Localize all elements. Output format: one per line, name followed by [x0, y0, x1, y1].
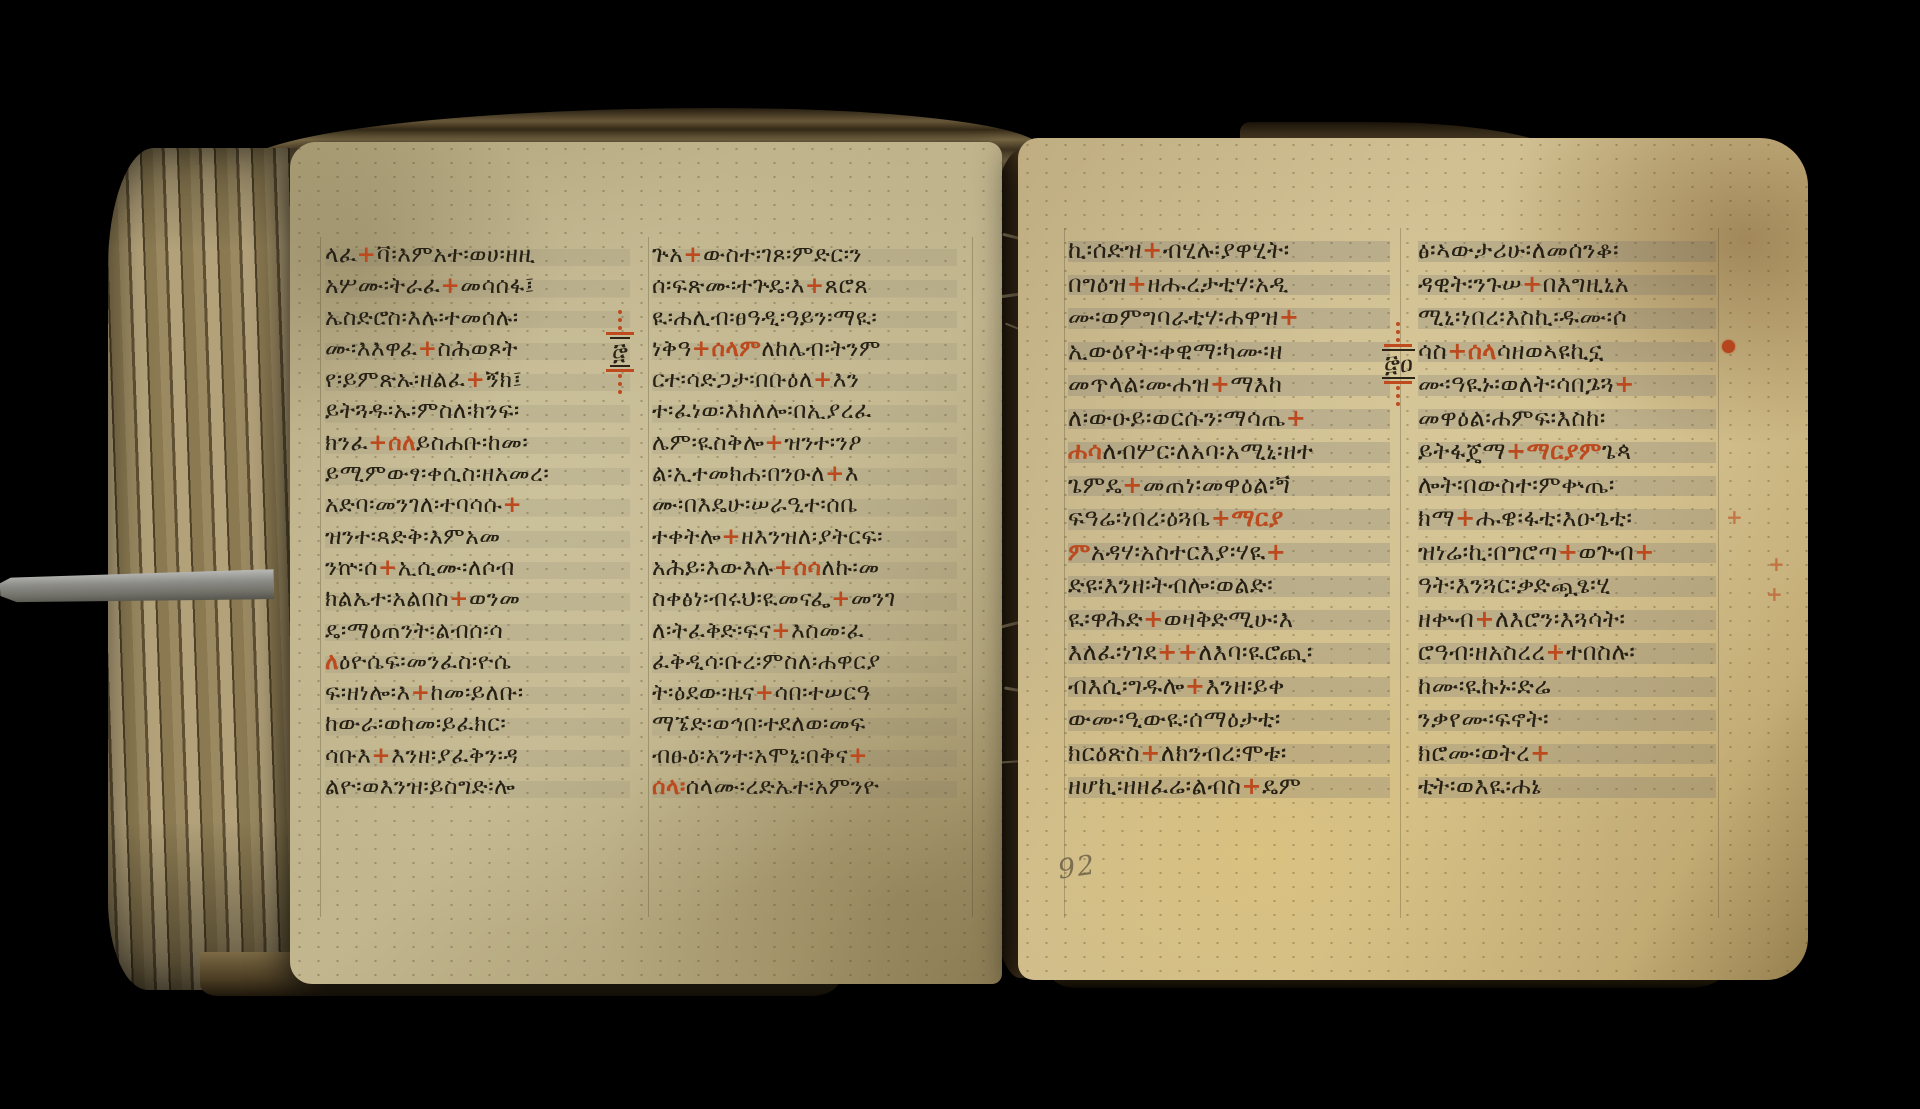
ruling-line	[320, 237, 321, 917]
rubric-ink-segment: +	[774, 555, 794, 581]
ink-segment: ሳዘወኣዩኪኗ	[1497, 337, 1604, 365]
rubric-ink-segment: ሰሳ	[793, 555, 821, 581]
text-line: ሰ፡ፍጽሙ፡ተጕዴ፡እ+ጸሮጸ	[652, 271, 970, 302]
ink-segment: ላፈ	[325, 242, 357, 268]
ink-segment: ውሙ፡ዒውዪ፡ሰማዕታቲ፡	[1068, 705, 1281, 733]
ink-segment: ንቃየሙ፡ፍኖት፡	[1418, 705, 1549, 733]
ink-segment: ኢሲሙ፡ለሶብ	[398, 555, 515, 581]
text-line: ርተ፡ሳድጋታ፡በቡዕለ+እን	[652, 365, 970, 396]
ink-segment: ክማ	[1418, 504, 1455, 532]
ink-segment: ሮዓብ፡ዘአስረረ	[1418, 638, 1545, 666]
text-line: ኪ፡ሰድዝ+ብሂሉ፡ያዋሂት፡	[1068, 234, 1390, 268]
text-line: ይትጓዱ፡ኡ፡ምስለ፡ክንፍ፡	[325, 396, 643, 427]
ink-segment: ዘቍብ	[1418, 605, 1474, 633]
text-line: ት፡ዕደው፡ዜና+ሳበ፡ተሠርዓ	[652, 678, 970, 709]
ink-segment: ክንፈ	[325, 430, 368, 456]
red-dotted-line	[618, 310, 622, 330]
text-line: ሌም፡ዪስቅሎ+ዝንተ፡ንዖ	[652, 428, 970, 459]
ruling-line	[1718, 228, 1719, 918]
text-line: ሎት፡በውስተ፡ምቍጤ፡	[1418, 469, 1716, 503]
rubric-ink-segment: +	[1127, 270, 1148, 298]
text-line: ሙ፡እእዋፈ+ስሕወጾት	[325, 334, 643, 365]
rubric-ink-segment: ማርያ	[1231, 504, 1283, 532]
ink-segment: ለ፡ውዑይ፡ወርሱን፡ማሳጤ	[1068, 404, 1286, 432]
margin-cross-icon: +	[1726, 505, 1743, 529]
text-line: ልዮ፡ወእንዝ፡ይስግድ፡ሎ	[325, 772, 643, 803]
rubric-ink-segment: +	[1241, 772, 1262, 800]
ink-segment: እንዘ፡ያፈቅን፡ዳ	[391, 743, 518, 769]
ruling-line	[648, 237, 649, 917]
text-line: ዘቍብ+ለእሮን፡እጓሳት፡	[1418, 603, 1716, 637]
text-line: ል፡ኢተመክሐ፡በንዑለ+እ	[652, 459, 970, 490]
text-line: ኢውዕየት፡ቀዊማ፡ካሙ፡ዘ	[1068, 335, 1390, 369]
ink-segment: ኝክ፤	[485, 367, 522, 393]
rubric-ink-segment: +	[449, 586, 469, 612]
rubric-ink-segment: ሰላም	[711, 336, 761, 362]
text-line: ሳስ+ሰላሳዘወኣዩኪኗ	[1418, 335, 1716, 369]
ink-segment: አድባ፡መንገለ፡ተባሳሱ	[325, 492, 502, 518]
text-line: ስቀፅነ፡ብሩህ፡ዪመናፌ+መንገ	[652, 584, 970, 615]
text-line: ክማ+ሑዌ፡ፋቲ፡እዑጌቲ፡	[1418, 502, 1716, 536]
text-line: ለ፡ውዑይ፡ወርሱን፡ማሳጤ+	[1068, 402, 1390, 436]
rubric-ink-segment: +	[764, 430, 784, 456]
text-line: ከሙ፡ዪኩኑ፡ድሬ	[1418, 670, 1716, 704]
ink-segment: ሳቡእ	[325, 743, 371, 769]
ink-segment: ዓት፡እንጓር፡ቃድጯፄ፡ሂ	[1418, 571, 1611, 599]
rubric-ink-segment: +	[1143, 605, 1164, 633]
ink-segment: ተቀትሎ	[652, 524, 721, 550]
section-marker-left: ፸	[606, 310, 634, 394]
section-numeral: ፸	[610, 337, 630, 367]
ink-segment: ከመ፡ይለቡ፡	[430, 680, 523, 706]
ink-segment: መጠነ፡መዋዕል፡ጝ	[1143, 471, 1291, 499]
text-line: መጥላል፡ሙሐዝ+ማእከ	[1068, 368, 1390, 402]
ink-segment: ል፡ኢተመክሐ፡በንዑለ	[652, 461, 825, 487]
ink-segment: የ፡ይምጽኡ፡ዘልፈ	[325, 367, 466, 393]
text-line: ለዕዮሴፍ፡መንፈስ፡ዮሴ	[325, 647, 643, 678]
ink-segment: ይትፋጄማ	[1418, 437, 1506, 465]
rubric-ink-segment: +	[1142, 236, 1163, 264]
ink-segment: ብፁዕ፡አንተ፡አሞኒ፡በቅና	[652, 743, 848, 769]
text-line: ተቀትሎ+ዘእንዝለ፡ያትርፍ፡	[652, 522, 970, 553]
ink-segment: ለክንብረ፡ሞቱ፡	[1161, 739, 1287, 767]
ink-segment: ዴም	[1262, 772, 1301, 800]
text-line: ሙ፡ዓዪኑ፡ወለት፡ሳበጔጓ+	[1418, 368, 1716, 402]
rubric-ink-segment: +	[1447, 337, 1468, 365]
rubric-ink-segment: +	[825, 461, 845, 487]
ink-segment: እ	[845, 461, 859, 487]
ink-segment: ክሮሙ፡ወትረ	[1418, 739, 1530, 767]
rubric-ink-segment: +	[1614, 370, 1635, 398]
text-line: ይሚምውፃ፡ቀሲስ፡ዘአመረ፡	[325, 459, 643, 490]
ink-segment: ይትጓዱ፡ኡ፡ምስለ፡ክንፍ፡	[325, 398, 520, 424]
text-line: ኤስድሮስ፡እሉ፡ተመሰሉ፡	[325, 303, 643, 334]
ink-segment: እለፈ፡ነገደ	[1068, 638, 1157, 666]
text-line: ሚኒ፡ነበረ፡እስኪ፡ዱሙ፡ሶ	[1418, 301, 1716, 335]
text-line: ማኜድ፡ወኅበ፡ተደለወ፡መፍ	[652, 709, 970, 740]
ink-segment: አዳሃ፡አስተርእያ፡ሃዪ	[1091, 538, 1266, 566]
red-dot-mark	[1722, 340, 1735, 353]
red-bar	[606, 369, 634, 372]
ink-segment: ብእሲ፡ግዱሎ	[1068, 672, 1185, 700]
red-bar	[606, 332, 634, 335]
rubric-ink-segment: +	[813, 367, 833, 393]
rubric-ink-segment: +	[1122, 471, 1143, 499]
text-line: ድዩ፡እንዘ፡ትብሎ፡ወልድ፡	[1068, 569, 1390, 603]
bookmark-ribbon	[0, 569, 274, 605]
ink-segment: ጸሮጸ	[825, 273, 869, 299]
rubric-ink-segment: +	[357, 242, 377, 268]
rubric-ink-segment: +	[466, 367, 486, 393]
ink-segment: ማእከ	[1230, 370, 1282, 398]
text-line: ጕአ+ውስተ፡ገጾ፡ምድር፡ን	[652, 240, 970, 271]
rubric-ink-segment: +	[411, 680, 431, 706]
text-line: ሙ፡በእዴሁ፡ሠራዒተ፡ሰቤ	[652, 490, 970, 521]
ink-segment: ከሙ፡ዪኩኑ፡ድሬ	[1418, 672, 1551, 700]
rubric-ink-segment: +	[683, 242, 703, 268]
rubric-ink-segment: +	[1506, 437, 1527, 465]
ruling-line	[972, 237, 973, 917]
manuscript-text-column-right-2: ፅ፡ኣውታሪሁ፡ለመሰንቆ፡ዳዊት፡ንጉሠ+በእግዚኒአሚኒ፡ነበረ፡እስኪ፡ዱ…	[1418, 234, 1716, 804]
rubric-ink-segment: +	[378, 555, 398, 581]
text-line: ዝንተ፡ጻድቅ፡እምአመ	[325, 522, 643, 553]
ink-segment: ጕአ	[652, 242, 683, 268]
rubric-ink-segment: ሰላ	[1468, 337, 1497, 365]
text-line: ውሙ፡ዒውዪ፡ሰማዕታቲ፡	[1068, 703, 1390, 737]
text-line: አድባ፡መንገለ፡ተባሳሱ+	[325, 490, 643, 521]
text-line: ፍ፡ዘነሎ፡እ+ከመ፡ይለቡ፡	[325, 678, 643, 709]
text-line: ለ፡ትፈቅድ፡ፍና+እስመ፡ፈ	[652, 616, 970, 647]
ink-segment: ለብሦር፡ለአባ፡አሚኒ፡ዘተ	[1102, 437, 1313, 465]
ink-segment: ለእባ፡ዪሮጪ፡	[1198, 638, 1313, 666]
ink-segment: ማኜድ፡ወኅበ፡ተደለወ፡መፍ	[652, 711, 866, 737]
ink-segment: ጌምዴ	[1068, 471, 1122, 499]
text-line: ሮዓብ፡ዘአስረረ+ተበስሉ፡	[1418, 636, 1716, 670]
rubric-ink-segment: +	[1279, 303, 1300, 331]
ink-segment: ሙ፡ዓዪኑ፡ወለት፡ሳበጔጓ	[1418, 370, 1614, 398]
text-line: ክንፈ+ሰለይስሐቡ፡ከመ፡	[325, 428, 643, 459]
ink-segment: ውስተ፡ገጾ፡ምድር፡ን	[703, 242, 862, 268]
rubric-ink-segment: +	[418, 336, 438, 362]
ink-segment: ሰ፡ፍጽሙ፡ተጕዴ፡እ	[652, 273, 805, 299]
text-line: ፈቅዲሳ፡ቡረ፡ምስለ፡ሐዋርያ	[652, 647, 970, 678]
ink-segment: ፅ፡ኣውታሪሁ፡ለመሰንቆ፡	[1418, 236, 1619, 264]
rubric-ink-segment: +	[1210, 370, 1231, 398]
section-marker-right: ፸ዐ	[1382, 322, 1415, 406]
rubric-ink-segment: +	[755, 680, 775, 706]
rubric-ink-segment: +	[1530, 739, 1551, 767]
rubric-ink-segment: +	[1474, 605, 1495, 633]
ink-segment: ሳስ	[1418, 337, 1447, 365]
ink-segment: ፍዓሬ፡ነበረ፡ዕጓቤ	[1068, 504, 1211, 532]
rubric-ink-segment: +	[1140, 739, 1161, 767]
ink-segment: ዘሑረታቲሃ፡አዲ	[1147, 270, 1289, 298]
ink-segment: ወጕብ	[1578, 538, 1634, 566]
ink-segment: ዪ፡ሐሊብ፡ፀዓዲ፡ዓይን፡ማዪ፡	[652, 305, 877, 331]
rubric-ink-segment: +	[1634, 538, 1655, 566]
text-line: ላፈ+ቫ፡እምአተ፡ወሀ፡ዘዚ	[325, 240, 643, 271]
red-dotted-line	[618, 374, 622, 394]
red-bar	[1384, 381, 1412, 384]
text-line: በግዕዝ+ዘሑረታቲሃ፡አዲ	[1068, 268, 1390, 302]
rubric-ink-segment: ማርያም	[1527, 437, 1602, 465]
ink-segment: ስሕወጾት	[438, 336, 519, 362]
text-line: ዴ፡ማዕጠንት፡ልብሰ፡ሳ	[325, 616, 643, 647]
rubric-ink-segment: +	[1157, 638, 1178, 666]
text-line: ነቅዓ+ሰላምለከሌብ፡ትንም	[652, 334, 970, 365]
ink-segment: ዘሆኪ፡ዘዘፈሬ፡ልብስ	[1068, 772, 1241, 800]
ink-segment: ለከሌብ፡ትንም	[761, 336, 881, 362]
rubric-ink-segment: +	[831, 586, 851, 612]
rubric-ink-segment: ለ	[325, 649, 339, 675]
ink-segment: ሳበ፡ተሠርዓ	[774, 680, 870, 706]
text-line: ይትፋጄማ+ማርያምጌጳ	[1418, 435, 1716, 469]
text-line: ቲት፡ወእዪ፡ሐኔ	[1418, 770, 1716, 804]
ink-segment: ወዛቅድሚሁ፡እ	[1164, 605, 1294, 633]
ink-segment: እን	[833, 367, 860, 393]
ink-segment: ዝነሬ፡ኪ፡በግሮጣ	[1418, 538, 1558, 566]
text-line: ተ፡ፈነወ፡እክለሎ፡በኢያረፈ	[652, 396, 970, 427]
ink-segment: ብሂሉ፡ያዋሂት፡	[1163, 236, 1290, 264]
text-line: ሰላ፡ሰላሙ፡ረድኤተ፡አምንዮ	[652, 772, 970, 803]
text-line: ዪ፡ዋሕድ+ወዛቅድሚሁ፡እ	[1068, 603, 1390, 637]
rubric-ink-segment: +	[1522, 270, 1543, 298]
ink-segment: ለኩ፡መ	[821, 555, 879, 581]
rubric-ink-segment: +	[371, 743, 391, 769]
ink-segment: ነቅዓ	[652, 336, 692, 362]
rubric-ink-segment: +	[1455, 504, 1476, 532]
ink-segment: ኢውዕየት፡ቀዊማ፡ካሙ፡ዘ	[1068, 337, 1283, 365]
ink-segment: ንኵ፡ሰ	[325, 555, 378, 581]
ink-segment: ርተ፡ሳድጋታ፡በቡዕለ	[652, 367, 813, 393]
ink-segment: ሑዌ፡ፋቲ፡እዑጌቲ፡	[1476, 504, 1633, 532]
ink-segment: ሙ፡ወምግባራቲሃ፡ሐዋዝ	[1068, 303, 1279, 331]
ink-segment: ለእሮን፡እጓሳት፡	[1495, 605, 1626, 633]
text-line: አሦሙ፡ትራፈ+መሳሰፋ፤	[325, 271, 643, 302]
ink-segment: ሰላሙ፡ረድኤተ፡አምንዮ	[686, 774, 880, 800]
ink-segment: ክልኤተ፡አልበስ	[325, 586, 449, 612]
ink-segment: ሙ፡በእዴሁ፡ሠራዒተ፡ሰቤ	[652, 492, 858, 518]
text-line: ሳቡእ+እንዘ፡ያፈቅን፡ዳ	[325, 741, 643, 772]
ink-segment: አሕይ፡እውእሉ	[652, 555, 774, 581]
text-line: ጌምዴ+መጠነ፡መዋዕል፡ጝ	[1068, 469, 1390, 503]
text-line: ብፁዕ፡አንተ፡አሞኒ፡በቅና+	[652, 741, 970, 772]
rubric-ink-segment: +	[848, 743, 868, 769]
section-numeral: ፸ዐ	[1382, 349, 1415, 379]
ink-segment: ዕዮሴፍ፡መንፈስ፡ዮሴ	[339, 649, 512, 675]
ink-segment: ዝንተ፡ጻድቅ፡እምአመ	[325, 524, 501, 550]
ink-segment: ተ፡ፈነወ፡እክለሎ፡በኢያረፈ	[652, 398, 872, 424]
text-line: ዝነሬ፡ኪ፡በግሮጣ+ወጕብ+	[1418, 536, 1716, 570]
text-line: ሙ፡ወምግባራቲሃ፡ሐዋዝ+	[1068, 301, 1390, 335]
photograph-background: { "scene": { "type": "photograph of an o…	[0, 0, 1920, 1109]
manuscript-text-column-left-1: ላፈ+ቫ፡እምአተ፡ወሀ፡ዘዚአሦሙ፡ትራፈ+መሳሰፋ፤ኤስድሮስ፡እሉ፡ተመሰ…	[325, 240, 643, 803]
red-dotted-line	[1396, 386, 1400, 406]
ink-segment: ኪ፡ሰድዝ	[1068, 236, 1142, 264]
rubric-ink-segment: +	[441, 273, 461, 299]
rubric-ink-segment: +	[692, 336, 712, 362]
ink-segment: ት፡ዕደው፡ዜና	[652, 680, 755, 706]
ink-segment: ጌጳ	[1602, 437, 1632, 465]
ink-segment: እስመ፡ፈ	[791, 618, 864, 644]
folio-number-pencil: 92	[1056, 849, 1098, 885]
rubric-ink-segment: +	[1211, 504, 1232, 532]
text-line: ከውራ፡ወከመ፡ይፈክር፡	[325, 709, 643, 740]
rubric-ink-segment: ሰለ	[388, 430, 416, 456]
text-line: ዘሆኪ፡ዘዘፈሬ፡ልብስ+ዴም	[1068, 770, 1390, 804]
red-bar	[1384, 344, 1412, 347]
margin-cross-icon: +	[1766, 582, 1783, 606]
rubric-ink-segment: +	[1558, 538, 1579, 566]
rubric-ink-segment: ሰላ፡	[652, 774, 686, 800]
ink-segment: ወንመ	[469, 586, 520, 612]
rubric-ink-segment: +	[1266, 538, 1287, 566]
manuscript-text-column-left-2: ጕአ+ውስተ፡ገጾ፡ምድር፡ንሰ፡ፍጽሙ፡ተጕዴ፡እ+ጸሮጸዪ፡ሐሊብ፡ፀዓዲ፡…	[652, 240, 970, 803]
ink-segment: መሳሰፋ፤	[460, 273, 534, 299]
ink-segment: ለ፡ትፈቅድ፡ፍና	[652, 618, 771, 644]
ink-segment: ክርዕጽስ	[1068, 739, 1140, 767]
ink-segment: ዴ፡ማዕጠንት፡ልብሰ፡ሳ	[325, 618, 503, 644]
text-line: ንቃየሙ፡ፍኖት፡	[1418, 703, 1716, 737]
rubric-ink-segment: +	[368, 430, 388, 456]
ink-segment: አሦሙ፡ትራፈ	[325, 273, 441, 299]
ink-segment: ከውራ፡ወከመ፡ይፈክር፡	[325, 711, 506, 737]
text-line: ዓት፡እንጓር፡ቃድጯፄ፡ሂ	[1418, 569, 1716, 603]
margin-cross-icon: +	[1768, 552, 1785, 576]
rubric-ink-segment: ሐሳ	[1068, 437, 1102, 465]
text-line: ፍዓሬ፡ነበረ፡ዕጓቤ+ማርያ	[1068, 502, 1390, 536]
rubric-ink-segment: +	[771, 618, 791, 644]
rubric-ink-segment: +	[721, 524, 741, 550]
text-line: ሐሳለብሦር፡ለአባ፡አሚኒ፡ዘተ	[1068, 435, 1390, 469]
ink-segment: ዘእንዝለ፡ያትርፍ፡	[741, 524, 883, 550]
text-line: ክሮሙ፡ወትረ+	[1418, 737, 1716, 771]
ink-segment: ዪ፡ዋሕድ	[1068, 605, 1143, 633]
rubric-ink-segment: +	[502, 492, 522, 518]
ink-segment: ሚኒ፡ነበረ፡እስኪ፡ዱሙ፡ሶ	[1418, 303, 1627, 331]
rubric-ink-segment: +	[1545, 638, 1566, 666]
ink-segment: ቫ፡እምአተ፡ወሀ፡ዘዚ	[376, 242, 535, 268]
text-line: ክርዕጽስ+ለክንብረ፡ሞቱ፡	[1068, 737, 1390, 771]
ink-segment: ቲት፡ወእዪ፡ሐኔ	[1418, 772, 1541, 800]
red-dotted-line	[1396, 322, 1400, 342]
text-line: ምአዳሃ፡አስተርእያ፡ሃዪ+	[1068, 536, 1390, 570]
ruling-line	[1064, 228, 1065, 918]
ink-segment: ይስሐቡ፡ከመ፡	[416, 430, 528, 456]
ink-segment: ሌም፡ዪስቅሎ	[652, 430, 764, 456]
rubric-ink-segment: ም	[1068, 538, 1091, 566]
ink-segment: ልዮ፡ወእንዝ፡ይስግድ፡ሎ	[325, 774, 516, 800]
ink-segment: ዝንተ፡ንዖ	[784, 430, 862, 456]
text-line: ብእሲ፡ግዱሎ+እንዘ፡ይቀ	[1068, 670, 1390, 704]
ink-segment: ዳዊት፡ንጉሠ	[1418, 270, 1522, 298]
ink-segment: መዋዕል፡ሐምፍ፡እስከ፡	[1418, 404, 1606, 432]
manuscript-text-column-right-1: ኪ፡ሰድዝ+ብሂሉ፡ያዋሂት፡በግዕዝ+ዘሑረታቲሃ፡አዲሙ፡ወምግባራቲሃ፡ሐ…	[1068, 234, 1390, 804]
text-line: ንኵ፡ሰ+ኢሲሙ፡ለሶብ	[325, 553, 643, 584]
text-line: ክልኤተ፡አልበስ+ወንመ	[325, 584, 643, 615]
rubric-ink-segment: +	[1185, 672, 1206, 700]
ink-segment: ስቀፅነ፡ብሩህ፡ዪመናፌ	[652, 586, 831, 612]
text-line: እለፈ፡ነገደ++ለእባ፡ዪሮጪ፡	[1068, 636, 1390, 670]
ink-segment: እንዘ፡ይቀ	[1206, 672, 1285, 700]
ink-segment: ድዩ፡እንዘ፡ትብሎ፡ወልድ፡	[1068, 571, 1273, 599]
ink-segment: ፈቅዲሳ፡ቡረ፡ምስለ፡ሐዋርያ	[652, 649, 881, 675]
ink-segment: በእግዚኒአ	[1543, 270, 1630, 298]
text-line: ዳዊት፡ንጉሠ+በእግዚኒአ	[1418, 268, 1716, 302]
text-line: አሕይ፡እውእሉ+ሰሳለኩ፡መ	[652, 553, 970, 584]
ink-segment: ሙ፡እእዋፈ	[325, 336, 418, 362]
ink-segment: መጥላል፡ሙሐዝ	[1068, 370, 1210, 398]
ink-segment: ይሚምውፃ፡ቀሲስ፡ዘአመረ፡	[325, 461, 549, 487]
ink-segment: ፍ፡ዘነሎ፡እ	[325, 680, 411, 706]
text-line: ዪ፡ሐሊብ፡ፀዓዲ፡ዓይን፡ማዪ፡	[652, 303, 970, 334]
rubric-ink-segment: +	[805, 273, 825, 299]
text-line: ፅ፡ኣውታሪሁ፡ለመሰንቆ፡	[1418, 234, 1716, 268]
text-line: መዋዕል፡ሐምፍ፡እስከ፡	[1418, 402, 1716, 436]
ink-segment: በግዕዝ	[1068, 270, 1127, 298]
ink-segment: ተበስሉ፡	[1566, 638, 1635, 666]
text-line: የ፡ይምጽኡ፡ዘልፈ+ኝክ፤	[325, 365, 643, 396]
ink-segment: ኤስድሮስ፡እሉ፡ተመሰሉ፡	[325, 305, 519, 331]
rubric-ink-segment: +	[1178, 638, 1199, 666]
rubric-ink-segment: +	[1286, 404, 1307, 432]
ink-segment: መንገ	[851, 586, 896, 612]
ink-segment: ሎት፡በውስተ፡ምቍጤ፡	[1418, 471, 1615, 499]
